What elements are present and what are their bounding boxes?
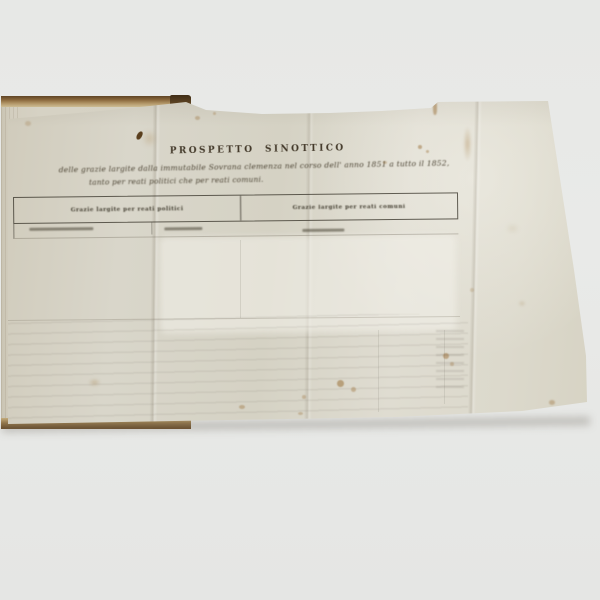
illegible-subheader-text [302,229,344,232]
illegible-subheader-text [29,227,93,231]
stain [351,387,356,392]
stain [383,161,387,164]
stain [418,145,422,149]
stain [302,395,306,399]
stain [142,130,157,147]
subheader-divider [151,223,152,235]
plate-heading: PROSPETTO SINOTTICO delle grazie largite… [0,0,597,4]
plate-subtitle-line-2: tanto per reati politici che per reati c… [60,174,292,187]
stain [470,288,474,292]
stain [337,380,344,387]
stain [239,405,245,409]
stain [88,378,101,387]
illegible-subheader-text [164,227,202,230]
stain [426,150,429,153]
foldout-sheet: PROSPETTO SINOTTICO delle grazie largite… [0,0,600,600]
stain [549,400,555,405]
stain [506,224,519,233]
plate-title: PROSPETTO SINOTTICO [170,144,322,157]
stain [433,100,437,115]
stain [443,353,449,359]
show-through-rows [0,314,468,422]
header-cell-common-crimes: Grazie largite per reati comuni [241,193,457,220]
stain [552,86,563,134]
synoptic-table: Grazie largite per reati politici Grazie… [13,192,458,239]
photo-backdrop: PROSPETTO SINOTTICO delle grazie largite… [0,0,600,600]
faint-column-divider [240,240,241,318]
stain [562,140,570,178]
stain [450,362,454,366]
stain [25,121,31,126]
stain [518,300,526,307]
stain [298,412,303,415]
stain [195,116,200,120]
stain [463,126,472,162]
stain [213,112,216,115]
header-cell-political-crimes: Grazie largite per reati politici [14,196,241,223]
show-through-column [436,330,464,392]
